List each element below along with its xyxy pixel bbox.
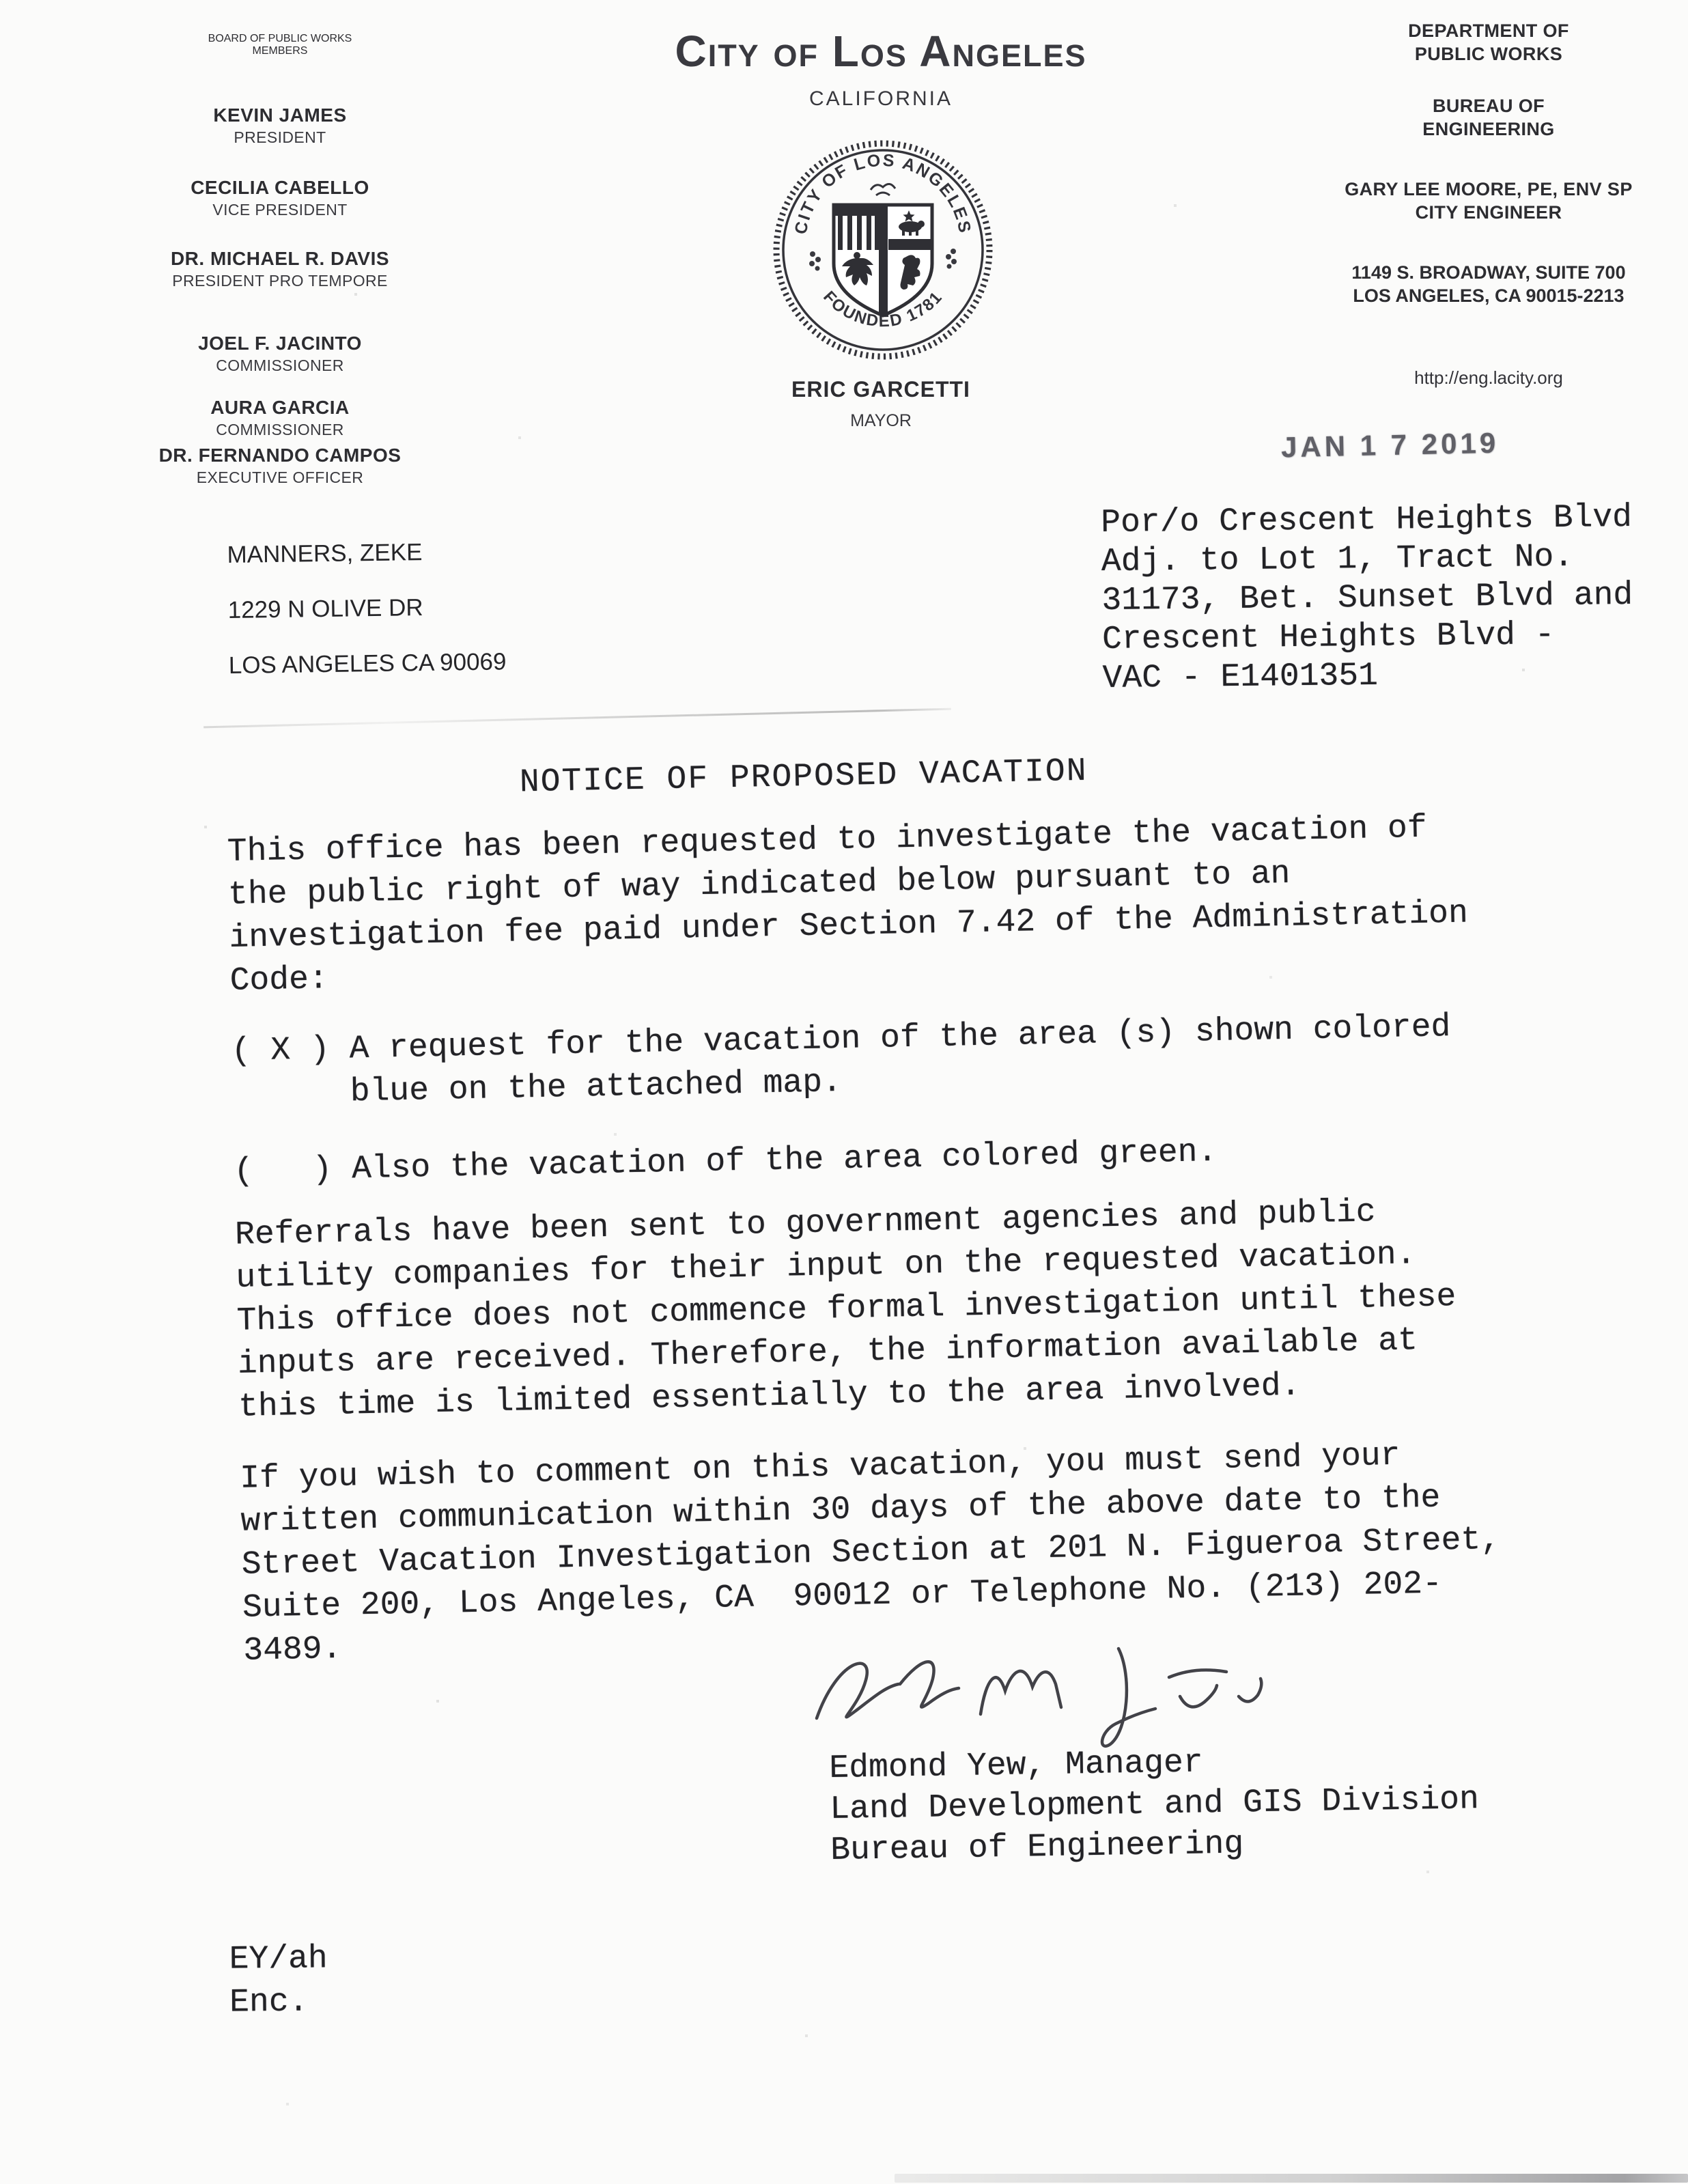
scanned-letter-page: BOARD OF PUBLIC WORKS MEMBERS KEVIN JAME…	[0, 0, 1688, 2184]
board-heading-line: MEMBERS	[89, 45, 471, 57]
board-member: JOEL F. JACINTO COMMISSIONER	[89, 332, 471, 376]
typist-initials: EY/ah	[229, 1937, 328, 1981]
date-stamp: JAN 1 7 2019	[1281, 427, 1500, 464]
recipient-line: MANNERS, ZEKE	[227, 523, 505, 583]
bureau-line: ENGINEERING	[1325, 117, 1652, 141]
engineer-name: GARY LEE MOORE, PE, ENV SP	[1325, 178, 1652, 201]
city-seal-graphic: CITY OF LOS ANGELES FOUNDED 1781	[770, 135, 996, 365]
letter-body: NOTICE OF PROPOSED VACATION This office …	[225, 725, 1596, 1672]
recipient-line: LOS ANGELES CA 90069	[228, 634, 507, 693]
mayor-name: ERIC GARCETTI	[676, 377, 1086, 402]
enclosure-note: Enc.	[229, 1980, 328, 2024]
mayor-title: MAYOR	[676, 411, 1086, 431]
board-member: CECILIA CABELLO VICE PRESIDENT	[89, 176, 471, 220]
recipient-line: 1229 N OLIVE DR	[227, 578, 506, 638]
department-line: DEPARTMENT OF	[1325, 19, 1652, 42]
board-member-name: JOEL F. JACINTO	[89, 332, 471, 355]
subject-line: Adj. to Lot 1, Tract No.	[1101, 537, 1633, 582]
board-member-name: DR. FERNANDO CAMPOS	[89, 444, 471, 467]
board-member: DR. MICHAEL R. DAVIS PRESIDENT PRO TEMPO…	[89, 247, 471, 291]
board-member-name: AURA GARCIA	[89, 396, 471, 419]
engineer-title: CITY ENGINEER	[1325, 201, 1652, 224]
scan-artifact-smudge	[895, 2174, 1688, 2183]
body-line: ( ) Also the vacation of the area colore…	[234, 1123, 1586, 1194]
subject-line: Crescent Heights Blvd -	[1102, 615, 1633, 660]
signature-block: Edmond Yew, Manager Land Development and…	[829, 1738, 1480, 1871]
paper-specks	[0, 0, 1, 1]
board-member: DR. FERNANDO CAMPOS EXECUTIVE OFFICER	[89, 444, 471, 488]
department-line: PUBLIC WORKS	[1325, 42, 1652, 66]
subject-block: Por/o Crescent Heights Blvd Adj. to Lot …	[1101, 499, 1634, 699]
board-member-name: DR. MICHAEL R. DAVIS	[89, 247, 471, 270]
board-member-title: VICE PRESIDENT	[89, 199, 471, 220]
option-unchecked: ( ) Also the vacation of the area colore…	[234, 1123, 1586, 1194]
board-member-name: KEVIN JAMES	[89, 104, 471, 127]
department-column: DEPARTMENT OF PUBLIC WORKS BUREAU OF ENG…	[1325, 19, 1652, 389]
board-member-name: CECILIA CABELLO	[89, 176, 471, 199]
notice-title: NOTICE OF PROPOSED VACATION	[519, 740, 1578, 804]
board-member-title: PRESIDENT PRO TEMPORE	[89, 270, 471, 291]
seal-shield	[834, 205, 932, 316]
board-member: AURA GARCIA COMMISSIONER	[89, 396, 471, 440]
city-title: City of Los Angeles	[539, 26, 1222, 76]
subject-line: 31173, Bet. Sunset Blvd and	[1101, 576, 1633, 621]
city-seal: CITY OF LOS ANGELES FOUNDED 1781	[770, 135, 996, 365]
subject-line: VAC - E1401351	[1102, 654, 1633, 699]
recipient-address: MANNERS, ZEKE 1229 N OLIVE DR LOS ANGELE…	[227, 523, 507, 693]
website-url: http://eng.lacity.org	[1325, 367, 1652, 389]
board-member-title: COMMISSIONER	[89, 419, 471, 440]
option-checked: ( X ) A request for the vacation of the …	[231, 1003, 1584, 1117]
office-address-line: 1149 S. BROADWAY, SUITE 700	[1325, 261, 1652, 284]
scan-artifact-line	[203, 708, 951, 729]
bureau-line: BUREAU OF	[1325, 94, 1652, 117]
state-label: CALIFORNIA	[676, 87, 1086, 111]
seal-crest	[871, 184, 895, 195]
subject-line: Por/o Crescent Heights Blvd	[1101, 499, 1632, 543]
board-member-title: EXECUTIVE OFFICER	[89, 467, 471, 488]
footer-block: EY/ah Enc.	[229, 1937, 328, 2024]
board-member-title: COMMISSIONER	[89, 355, 471, 376]
board-heading: BOARD OF PUBLIC WORKS MEMBERS	[89, 33, 471, 57]
paragraph: Referrals have been sent to government a…	[235, 1187, 1591, 1429]
board-heading-line: BOARD OF PUBLIC WORKS	[89, 33, 471, 45]
board-member-title: PRESIDENT	[89, 127, 471, 148]
paragraph: This office has been requested to invest…	[227, 804, 1582, 1003]
board-member: KEVIN JAMES PRESIDENT	[89, 104, 471, 148]
signature-image	[798, 1631, 1330, 1750]
office-address-line: LOS ANGELES, CA 90015-2213	[1325, 284, 1652, 307]
